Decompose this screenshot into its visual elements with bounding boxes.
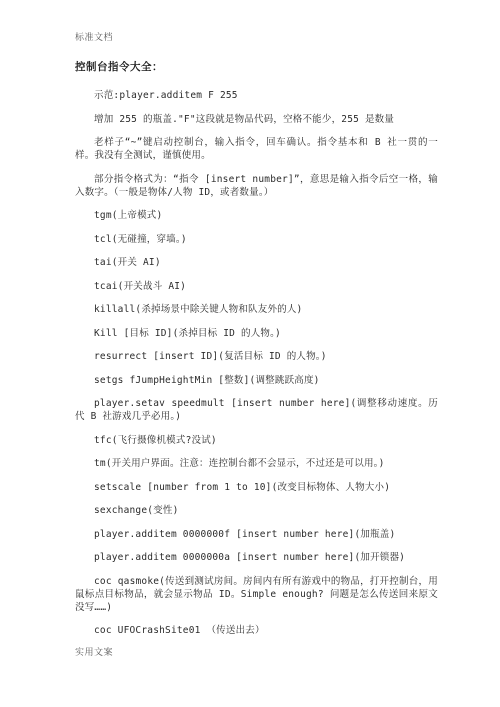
paragraph: player.additem 0000000a [insert number h…: [75, 551, 438, 564]
document-body: 示范:player.additem F 255增加 255 的瓶盖."F"这段就…: [75, 89, 438, 637]
document-page: 标准文档 控制台指令大全： 示范:player.additem F 255增加 …: [0, 0, 500, 707]
paragraph: tgm(上帝模式): [75, 209, 438, 222]
paragraph: tai(开关 AI): [75, 256, 438, 269]
paragraph: 老样子“~”键启动控制台，输入指令，回车确认。指令基本和 B 社一贯的一样。我没…: [75, 136, 438, 162]
paragraph: 增加 255 的瓶盖."F"这段就是物品代码，空格不能少，255 是数量: [75, 113, 438, 126]
paragraph: setgs fJumpHeightMin [整数](调整跳跃高度): [75, 374, 438, 387]
paragraph: 示范:player.additem F 255: [75, 89, 438, 102]
paragraph: player.setav speedmult [insert number he…: [75, 397, 438, 423]
document-header-label: 标准文档: [75, 33, 438, 44]
paragraph: sexchange(变性): [75, 504, 438, 517]
paragraph: 部分指令格式为：“指令 [insert number]”，意思是输入指令后空一格…: [75, 173, 438, 199]
document-footer-label: 实用文案: [75, 648, 438, 659]
paragraph: killall(杀掉场景中除关键人物和队友外的人): [75, 303, 438, 316]
paragraph: tcl(无碰撞，穿墙。): [75, 233, 438, 246]
paragraph: coc qasmoke(传送到测试房间。房间内有所有游戏中的物品，打开控制台，用…: [75, 575, 438, 614]
paragraph: resurrect [insert ID](复活目标 ID 的人物。): [75, 350, 438, 363]
paragraph: tfc(飞行摄像机模式?没试): [75, 434, 438, 447]
paragraph: player.additem 0000000f [insert number h…: [75, 528, 438, 541]
paragraph: coc UFOCrashSite01 （传送出去）: [75, 624, 438, 637]
paragraph: tcai(开关战斗 AI): [75, 280, 438, 293]
paragraph: Kill [目标 ID](杀掉目标 ID 的人物。): [75, 327, 438, 340]
paragraph: tm(开关用户界面。注意：连控制台都不会显示，不过还是可以用。): [75, 457, 438, 470]
paragraph: setscale [number from 1 to 10](改变目标物体、人物…: [75, 481, 438, 494]
document-title: 控制台指令大全：: [75, 61, 438, 74]
